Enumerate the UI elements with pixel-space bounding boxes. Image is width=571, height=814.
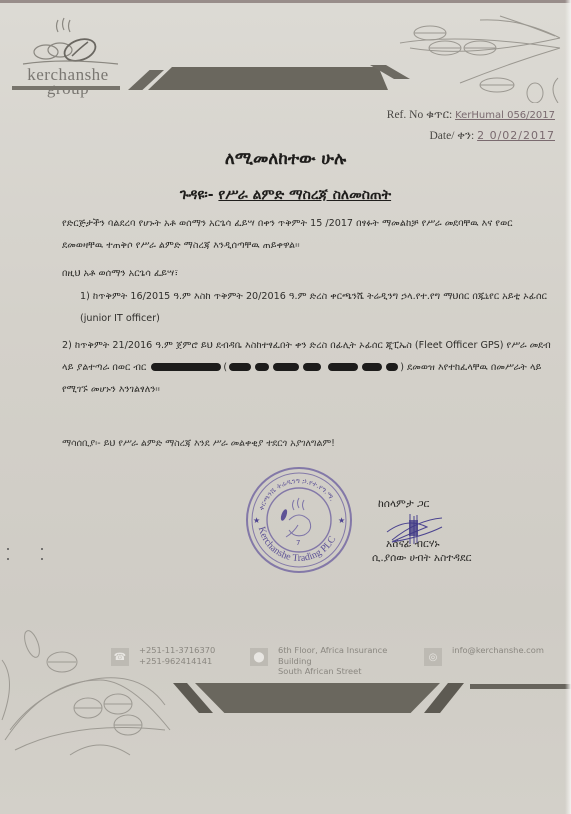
company-logo: kerchanshe group [8,8,128,88]
address-line: 6th Floor, Africa Insurance [278,645,387,656]
subject-label: ጉዳዩ፡- [180,187,214,203]
svg-text:★: ★ [338,516,345,525]
redaction-mark [151,363,221,371]
header-band [148,67,388,90]
page-top-edge [0,0,571,3]
body-paragraph: በዚህ አቶ ወሰማን አርጌሳ ፈይሣ፣ [62,263,552,285]
footer-band [195,683,440,713]
closing-greeting: ከሰላምታ ጋር [378,497,471,511]
redaction-mark [386,363,398,371]
header-stripe [12,86,120,90]
globe-icon: ◎ [424,648,442,666]
svg-text:7: 7 [296,539,300,547]
coffee-branch-icon [0,620,175,760]
footer-phones: +251-11-3716370 +251-962414141 [139,645,215,666]
letter-page: kerchanshe group Ref. No ቁጥር: KerHumal 0… [0,0,571,814]
reference-number: Ref. No ቁጥር: KerHumal 056/2017 [387,109,555,122]
employment-item-2: 2) ከጥቅምት 21/2016 ዓ.ም ጀምሮ ይህ ደብዳቤ እስከተፃፈበ… [62,335,557,401]
note: ማሳሰቢያ፡- ይህ የሥራ ልምድ ማስረጃ እንደ ሥራ መልቀቂያ ተደር… [62,438,335,449]
subject-line: ጉዳዩ፡- የሥራ ልምድ ማስረጃ ስለመስጠት [0,187,571,203]
redaction-mark [303,363,321,371]
location-pin-icon: ⬤ [250,648,268,666]
address-line: South African Street [278,666,387,677]
reference-label: Ref. No ቁጥር: [387,109,452,121]
phone-number: +251-962414141 [139,656,215,667]
date-value: 2 0/02/2017 [477,129,555,142]
redaction-mark [328,363,358,371]
date-label: Date/ ቀን: [430,130,475,142]
svg-text:★: ★ [253,516,260,525]
subject-text: የሥራ ልምድ ማስረጃ ስለመስጠት [218,187,391,203]
reference-value: KerHumal 056/2017 [455,110,555,121]
signature-scribble-icon [382,512,452,547]
footer-stripe [470,684,571,689]
coffee-bean-logo-icon [8,8,128,70]
address-line: Building [278,656,387,667]
page-right-edge [565,0,571,814]
signatory-title: ሲ.ያሰው ሀብት አስተዳደር [372,551,471,565]
redaction-mark [362,363,382,371]
redaction-mark [273,363,299,371]
company-name: kerchanshe group [8,68,128,96]
company-stamp-icon: ቀርጫንሼ ትሬዲንግ ኃ.የተ.የግ.ማ. Kerchanshe Tradin… [244,465,354,575]
coffee-leaves-icon [380,8,570,103]
body-paragraph: የድርጅታችን ባልደረባ የሆኑት አቶ ወሰማን አርጌሳ ፈይሣ በቀን … [62,213,552,257]
footer-email: info@kerchanshe.com [452,645,544,656]
phone-number: +251-11-3716370 [139,645,215,656]
salutation: ለሚመለከተው ሁሉ [0,149,571,169]
svg-text:ቀርጫንሼ ትሬዲንግ ኃ.የተ.የግ.ማ.: ቀርጫንሼ ትሬዲንግ ኃ.የተ.የግ.ማ. [257,477,336,511]
footer-address: 6th Floor, Africa Insurance Building Sou… [278,645,387,677]
phone-icon: ☎ [111,648,129,666]
letter-date: Date/ ቀን: 2 0/02/2017 [430,129,556,143]
redaction-mark [255,363,269,371]
employment-item-1: 1) ከጥቅምት 16/2015 ዓ.ም እስከ ጥቅምት 20/2016 ዓ.… [80,286,555,330]
redaction-mark [229,363,251,371]
